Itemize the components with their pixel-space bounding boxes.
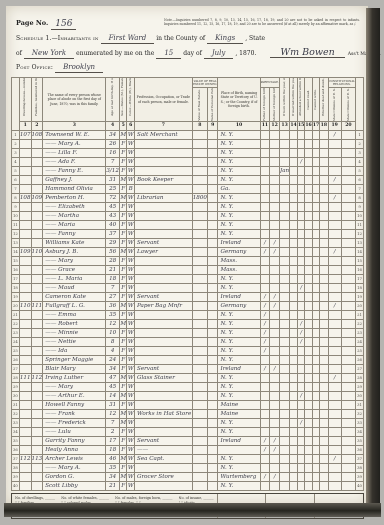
cell (19, 284, 31, 293)
table-row: 12—— Fanny37FWN. Y.12 (12, 230, 364, 239)
cell (341, 140, 355, 149)
cell: F (119, 383, 127, 392)
column-number-9: 9 (207, 122, 218, 131)
cell: Sea Capt. (134, 455, 192, 464)
cell (270, 374, 280, 383)
cell (270, 149, 280, 158)
cell: —— Emma (43, 311, 106, 320)
table-row: 26Springer Maggie24FWN. Y.26 (12, 356, 364, 365)
cell (290, 392, 298, 401)
cell (297, 239, 304, 248)
cell: F (119, 329, 127, 338)
cell: / (328, 374, 341, 383)
cell (312, 320, 319, 329)
post-office-value: Brooklyn (55, 63, 103, 73)
cell: / (260, 437, 270, 446)
cell (297, 248, 304, 257)
table-row: 9—— Elizabeth45FWN. Y.9 (12, 203, 364, 212)
cell (31, 167, 43, 176)
cell (305, 401, 312, 410)
cell (19, 311, 31, 320)
cell (312, 455, 319, 464)
cell: Scott Libby (43, 482, 106, 491)
cell: W (127, 473, 135, 482)
cell: / (297, 392, 304, 401)
cell (270, 320, 280, 329)
cell (312, 248, 319, 257)
cell (341, 329, 355, 338)
cell (19, 482, 31, 491)
cell (270, 212, 280, 221)
cell (19, 320, 31, 329)
cell (341, 239, 355, 248)
cell (341, 257, 355, 266)
line-number: 22 (12, 320, 20, 329)
cell: 110 (31, 248, 43, 257)
county-label: in the County of (156, 34, 205, 43)
cell (279, 131, 289, 140)
cell (305, 140, 312, 149)
census-document: Page No. 156 Note.—Inquiries numbered 7,… (6, 6, 368, 504)
cell: —— Minnie (43, 329, 106, 338)
cell (328, 383, 341, 392)
cell (207, 167, 218, 176)
cell (192, 347, 207, 356)
cell: Gordon G. (43, 473, 106, 482)
cell (134, 185, 192, 194)
cell: 17 (106, 437, 120, 446)
cell (207, 464, 218, 473)
cell: —— Mary A. (43, 140, 106, 149)
cell (260, 140, 270, 149)
cell (279, 374, 289, 383)
cell (290, 275, 298, 284)
cell (320, 140, 328, 149)
cell (19, 158, 31, 167)
cell (341, 320, 355, 329)
cell: / (260, 347, 270, 356)
cell (270, 329, 280, 338)
cell: / (260, 338, 270, 347)
cell (328, 266, 341, 275)
cell (305, 311, 312, 320)
cell (312, 149, 319, 158)
line-number: 8 (356, 194, 364, 203)
cell (328, 221, 341, 230)
cell (305, 482, 312, 491)
cell: F (119, 293, 127, 302)
cell (192, 149, 207, 158)
cell (328, 239, 341, 248)
cell (279, 419, 289, 428)
cell: N. Y. (218, 338, 260, 347)
cell: / (260, 473, 270, 482)
cell (260, 464, 270, 473)
cell: / (260, 446, 270, 455)
column-number-7: 7 (134, 122, 192, 131)
cell: Works in Hat Store (134, 410, 192, 419)
cell (279, 203, 289, 212)
cell (297, 302, 304, 311)
cell (305, 302, 312, 311)
cell (341, 221, 355, 230)
table-row: 6Gaffney J.31MWBook KeeperN. Y./6 (12, 176, 364, 185)
line-number: 12 (356, 230, 364, 239)
line-number: 6 (12, 176, 20, 185)
line-number: 32 (356, 410, 364, 419)
cell (19, 212, 31, 221)
cell: W (127, 311, 135, 320)
cell (290, 176, 298, 185)
cell (279, 392, 289, 401)
cell (297, 176, 304, 185)
cell (31, 158, 43, 167)
state-value: New York (24, 49, 74, 59)
cell (341, 338, 355, 347)
cell (290, 311, 298, 320)
cell (305, 392, 312, 401)
cell: 113 (31, 455, 43, 464)
cell: —— Elizabeth (43, 203, 106, 212)
cell (270, 428, 280, 437)
line-number: 13 (356, 239, 364, 248)
group-header: CONSTITUTIONAL RELATIONS. (328, 78, 356, 88)
cell (207, 302, 218, 311)
cell: W (127, 230, 135, 239)
line-number: 34 (356, 428, 364, 437)
cell: / (328, 131, 341, 140)
cell (192, 446, 207, 455)
cell: 12 (106, 320, 120, 329)
cell (207, 437, 218, 446)
cell: / (328, 194, 341, 203)
cell (134, 356, 192, 365)
cell: 112 (19, 455, 31, 464)
column-number-2: 2 (31, 122, 43, 131)
cell (305, 383, 312, 392)
cell (134, 392, 192, 401)
line-number: 23 (12, 329, 20, 338)
cell: —— Mary A. (43, 464, 106, 473)
cell: F (119, 167, 127, 176)
cell (320, 194, 328, 203)
cell (192, 302, 207, 311)
table-row: 21—— Emma35FWN. Y./21 (12, 311, 364, 320)
cell (312, 329, 319, 338)
cell (207, 383, 218, 392)
cell (279, 212, 289, 221)
line-number: 7 (356, 185, 364, 194)
cell (290, 212, 298, 221)
cell: 29 (106, 239, 120, 248)
cell (134, 266, 192, 275)
line-number: 34 (12, 428, 20, 437)
cell (328, 284, 341, 293)
census-table: Dwelling-houses—numbered in the order of… (11, 77, 364, 491)
cell (19, 149, 31, 158)
column-number-10: 10 (218, 122, 260, 131)
cell (270, 140, 280, 149)
cell (207, 230, 218, 239)
cell (260, 383, 270, 392)
cell (305, 248, 312, 257)
day-value: 15 (156, 49, 181, 59)
cell (297, 167, 304, 176)
cell: F (119, 464, 127, 473)
cell (31, 365, 43, 374)
cell: Servant (134, 239, 192, 248)
cell: W (127, 482, 135, 491)
line-number: 12 (12, 230, 20, 239)
cell (290, 464, 298, 473)
cell (305, 221, 312, 230)
line-number: 36 (12, 446, 20, 455)
cell (279, 221, 289, 230)
cell (320, 257, 328, 266)
line-number: 2 (356, 140, 364, 149)
cell (290, 257, 298, 266)
cell (328, 401, 341, 410)
line-number: 14 (356, 248, 364, 257)
line-number: 39 (12, 473, 20, 482)
line-number: 24 (356, 338, 364, 347)
cell (260, 257, 270, 266)
cell: —— Frederick (43, 419, 106, 428)
cell: 3/12 (106, 167, 120, 176)
cell (305, 239, 312, 248)
line-number: 39 (356, 473, 364, 482)
cell (19, 392, 31, 401)
cell: Grocer Store (134, 473, 192, 482)
table-row: 24—— Nettie8FWN. Y.//24 (12, 338, 364, 347)
cell (192, 248, 207, 257)
cell (312, 230, 319, 239)
cell (260, 410, 270, 419)
cell (312, 311, 319, 320)
cell (192, 239, 207, 248)
column-number-1: 1 (19, 122, 31, 131)
cell: —— Lilla F. (43, 149, 106, 158)
table-row: 31Howell Fanny31FWMaine31 (12, 401, 364, 410)
cell (207, 401, 218, 410)
cell (312, 176, 319, 185)
cell: —— Grace (43, 266, 106, 275)
cell: Servant (134, 365, 192, 374)
cell: W (127, 320, 135, 329)
cell (320, 284, 328, 293)
cell (341, 428, 355, 437)
scan-background: Page No. 156 Note.—Inquiries numbered 7,… (0, 0, 384, 525)
cell (297, 410, 304, 419)
column-header-18: Whether deaf and dumb, blind, insane, or… (320, 78, 328, 122)
post-office-label: Post Office: (16, 63, 53, 72)
cell (341, 392, 355, 401)
cell (320, 410, 328, 419)
cell: F (119, 266, 127, 275)
cell (297, 356, 304, 365)
cell: 31 (106, 401, 120, 410)
cell (270, 131, 280, 140)
cell: —— Robert (43, 320, 106, 329)
cell (192, 284, 207, 293)
cell (279, 464, 289, 473)
cell (19, 356, 31, 365)
cell: N. Y. (218, 320, 260, 329)
cell: 108 (19, 194, 31, 203)
cell (192, 338, 207, 347)
cell (320, 428, 328, 437)
cell (134, 311, 192, 320)
cell: / (297, 329, 304, 338)
cell: F (119, 338, 127, 347)
cell (134, 212, 192, 221)
cell (320, 401, 328, 410)
cell: F (119, 158, 127, 167)
cell: W (127, 158, 135, 167)
cell (270, 455, 280, 464)
cell (305, 347, 312, 356)
cell (192, 176, 207, 185)
line-number: 8 (12, 194, 20, 203)
cell (279, 410, 289, 419)
cell: Book Keeper (134, 176, 192, 185)
cell (312, 275, 319, 284)
cell: —— Ada F. (43, 158, 106, 167)
cell (31, 275, 43, 284)
cell (320, 320, 328, 329)
cell (31, 284, 43, 293)
cell: N. Y. (218, 203, 260, 212)
column-header-9: Value of Personal Estate. (207, 88, 218, 122)
cell (279, 140, 289, 149)
line-number: 6 (356, 176, 364, 185)
cell: N. Y. (218, 464, 260, 473)
line-number: 37 (356, 455, 364, 464)
cell: F (119, 203, 127, 212)
day-label: day of (183, 49, 202, 58)
line-number: 24 (12, 338, 20, 347)
cell (279, 185, 289, 194)
cell: 24 (106, 356, 120, 365)
table-row: 28111112Irving Luther47MWGlass StainerN.… (12, 374, 364, 383)
cell (19, 221, 31, 230)
cell (328, 473, 341, 482)
cell (134, 329, 192, 338)
line-number: 11 (12, 221, 20, 230)
cell: F (119, 437, 127, 446)
cell: Irving Luther (43, 374, 106, 383)
cell (297, 194, 304, 203)
document-header: Page No. 156 Note.—Inquiries numbered 7,… (6, 6, 368, 74)
cell (31, 257, 43, 266)
cell (207, 428, 218, 437)
cell (341, 365, 355, 374)
cell: / (260, 239, 270, 248)
cell (341, 275, 355, 284)
cell (305, 473, 312, 482)
cell: Howell Fanny (43, 401, 106, 410)
cell (305, 356, 312, 365)
cell (19, 167, 31, 176)
cell (270, 221, 280, 230)
county-value: Kings (207, 34, 243, 44)
cell: 10 (106, 329, 120, 338)
cell (31, 266, 43, 275)
table-row: 14109110Asbury J. B.56MWLawyerGermany///… (12, 248, 364, 257)
line-number: 4 (356, 158, 364, 167)
cell (328, 230, 341, 239)
cell (19, 347, 31, 356)
cell (297, 446, 304, 455)
cell (328, 347, 341, 356)
line-number: 13 (12, 239, 20, 248)
cell (19, 473, 31, 482)
cell (290, 482, 298, 491)
cell: N. Y. (218, 167, 260, 176)
cell (297, 266, 304, 275)
cell (270, 311, 280, 320)
line-number: 33 (12, 419, 20, 428)
cell (290, 320, 298, 329)
cell (192, 356, 207, 365)
cell (31, 392, 43, 401)
cell (290, 437, 298, 446)
cell: F (119, 275, 127, 284)
cell (31, 419, 43, 428)
cell (31, 140, 43, 149)
cell: F (119, 446, 127, 455)
marshal-signature: Wm Bowen (270, 48, 344, 58)
cell: M (119, 131, 127, 140)
cell: / (297, 158, 304, 167)
cell (312, 338, 319, 347)
cell (260, 149, 270, 158)
cell: F (119, 401, 127, 410)
table-row: 38—— Mary A.35FWN. Y.38 (12, 464, 364, 473)
cell (320, 338, 328, 347)
table-row: 32—— Frank12MWWorks in Hat StoreMaine32 (12, 410, 364, 419)
cell: / (260, 329, 270, 338)
column-header-15: Attended school within the year. (297, 78, 304, 122)
cell: 72 (106, 194, 120, 203)
cell (341, 185, 355, 194)
cell (19, 257, 31, 266)
cell (320, 131, 328, 140)
table-row: 8108109Pemberton H.72MWLibrarian1800N. Y… (12, 194, 364, 203)
cell: / (297, 320, 304, 329)
cell (192, 185, 207, 194)
cell: Townsend W. E. (43, 131, 106, 140)
cell (260, 419, 270, 428)
cell (134, 257, 192, 266)
cell (279, 365, 289, 374)
cell: 18 (106, 275, 120, 284)
cell (279, 383, 289, 392)
cell: F (119, 284, 127, 293)
cell (260, 392, 270, 401)
cell (270, 167, 280, 176)
column-header-10: Place of Birth, naming State or Territor… (218, 78, 260, 122)
cell: 37 (106, 230, 120, 239)
cell (31, 230, 43, 239)
cell (328, 293, 341, 302)
cell (31, 203, 43, 212)
cell (270, 194, 280, 203)
table-row: 39Gordon G.34MWGrocer StoreWurtemberg//3… (12, 473, 364, 482)
cell: 111 (31, 302, 43, 311)
cell (305, 230, 312, 239)
cell (279, 320, 289, 329)
